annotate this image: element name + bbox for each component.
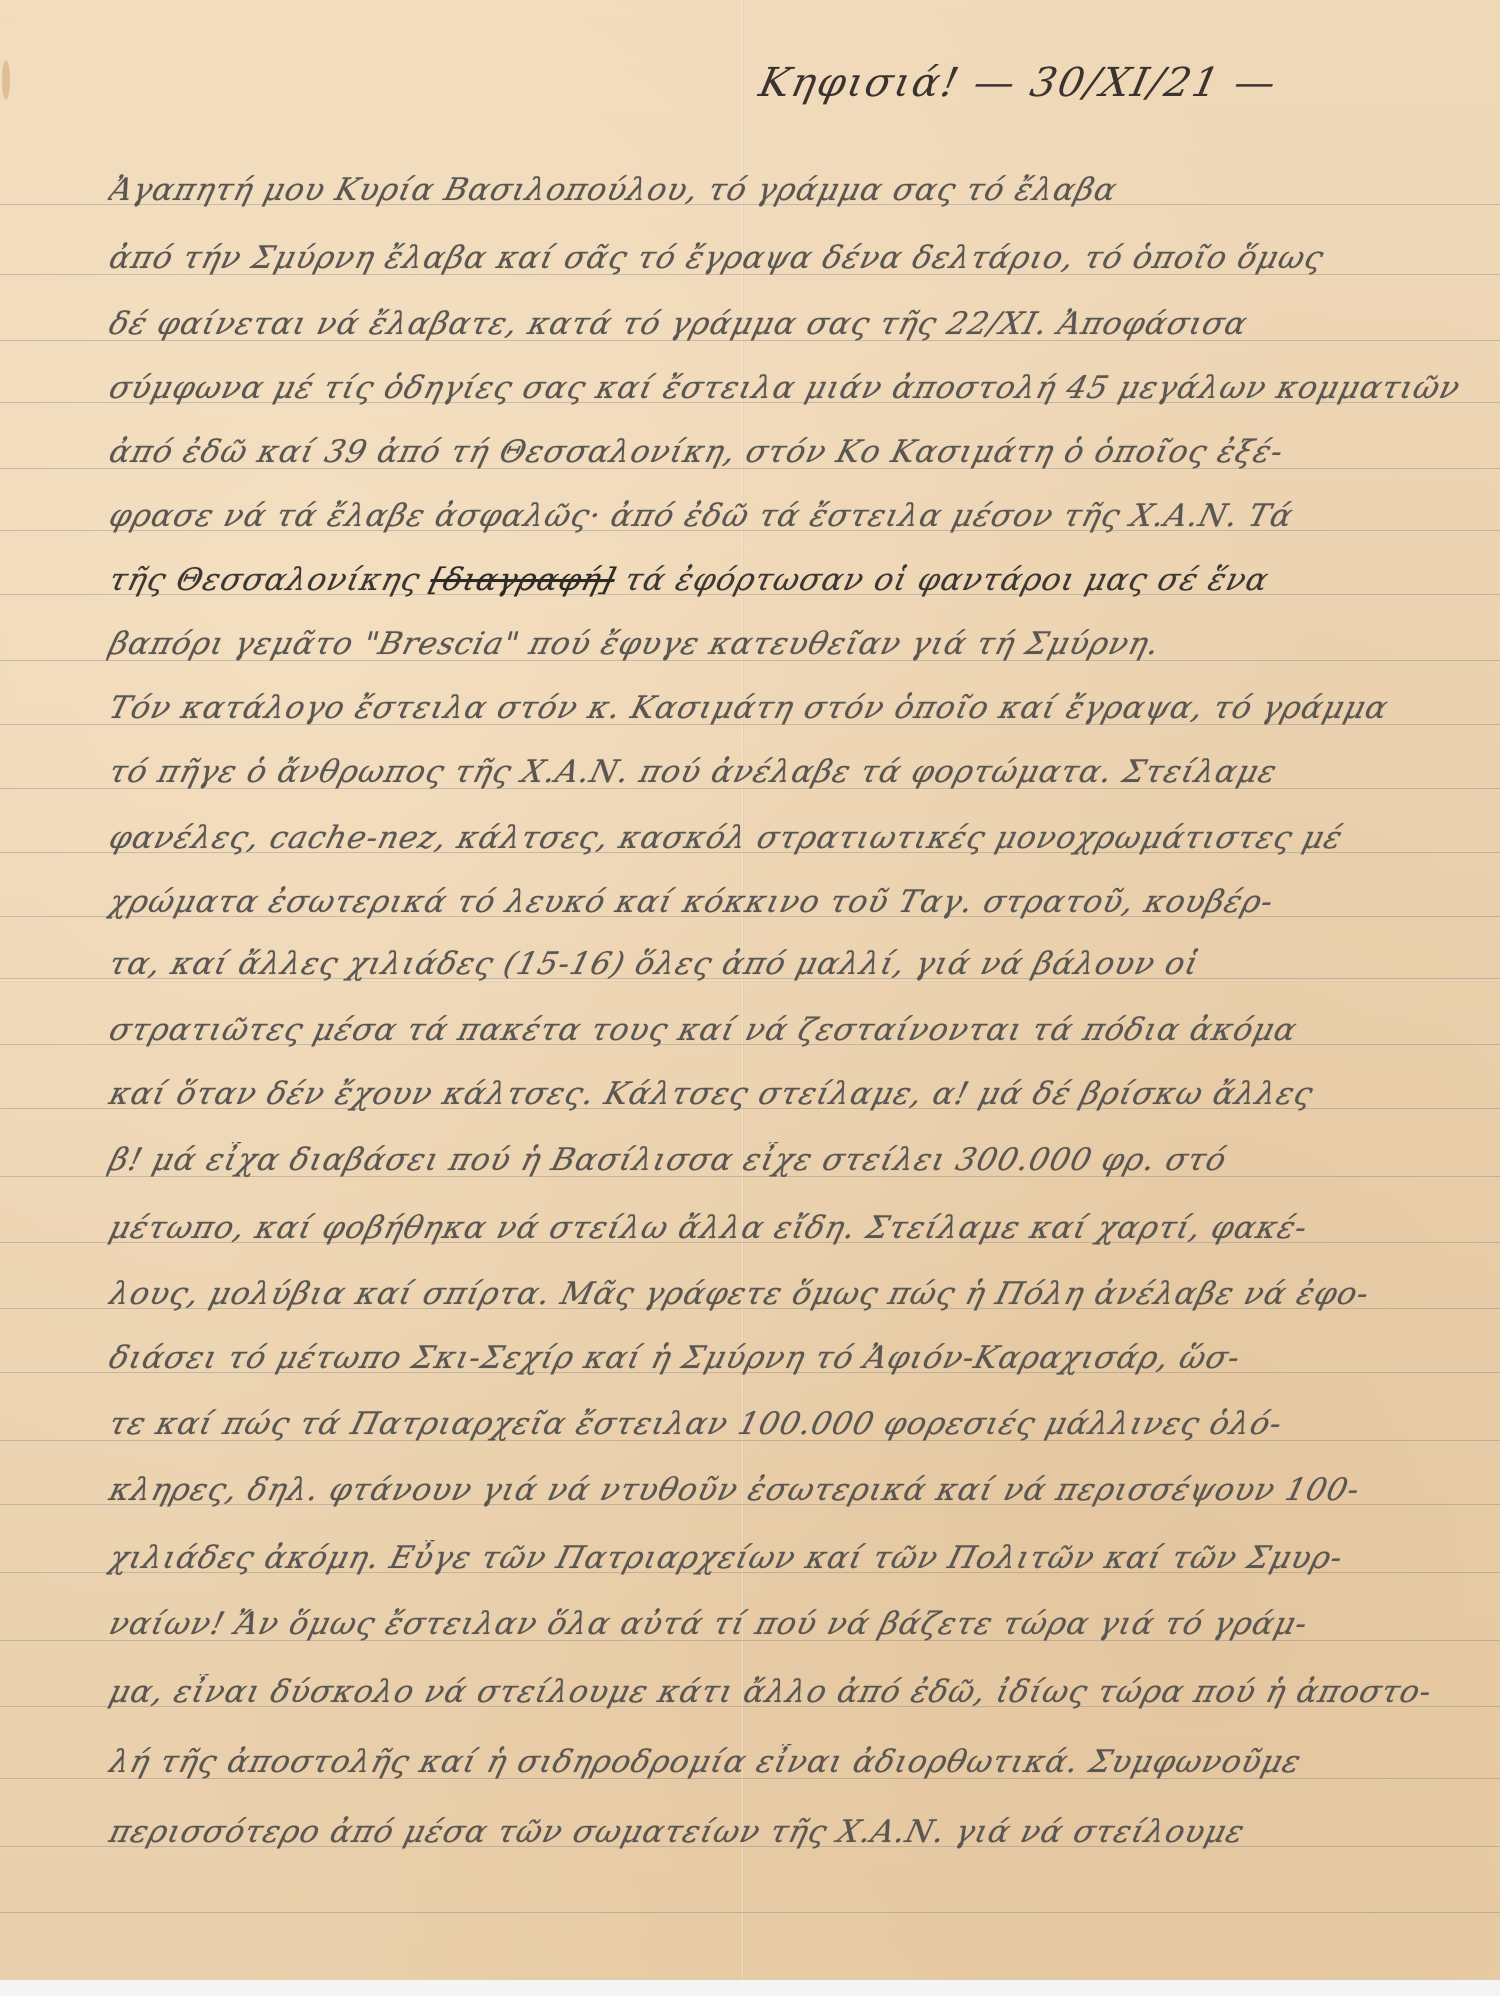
letter-line: χρώματα ἐσωτερικά τό λευκό καί κόκκινο τ… (106, 884, 1475, 920)
letter-line: τα, καί ἄλλες χιλιάδες (15-16) ὅλες ἀπό … (106, 946, 1475, 982)
ruled-line (0, 1912, 1500, 1913)
letter-line: καί ὅταν δέν ἔχουν κάλτσες. Κάλτσες στεί… (106, 1076, 1475, 1112)
letter-line: βαπόρι γεμᾶτο "Brescia" πού ἔφυγε κατευθ… (106, 626, 1475, 662)
letter-line: φανέλες, cache-nez, κάλτσες, κασκόλ στρα… (106, 820, 1475, 856)
letter-line: χιλιάδες ἀκόμη. Εὖγε τῶν Πατριαρχείων κα… (106, 1540, 1475, 1576)
letter-line: σύμφωνα μέ τίς ὁδηγίες σας καί ἔστειλα μ… (106, 370, 1475, 406)
letter-line: Ἀγαπητή μου Κυρία Βασιλοπούλου, τό γράμμ… (106, 172, 1475, 208)
letter-line: ἀπό τήν Σμύρνη ἔλαβα καί σᾶς τό ἔγραψα δ… (106, 240, 1475, 276)
letter-line: τε καί πώς τά Πατριαρχεῖα ἔστειλαν 100.0… (106, 1406, 1475, 1442)
paper-stain (2, 60, 10, 100)
letter-line: ναίων! Ἄν ὅμως ἔστειλαν ὅλα αὐτά τί πού … (106, 1606, 1475, 1642)
letter-line: στρατιῶτες μέσα τά πακέτα τους καί νά ζε… (106, 1012, 1475, 1048)
letter-line: ἀπό ἐδῶ καί 39 ἀπό τή Θεσσαλονίκη, στόν … (106, 434, 1475, 470)
letter-line: φρασε νά τά ἔλαβε ἀσφαλῶς· ἀπό ἐδῶ τά ἔσ… (106, 498, 1475, 534)
scan-bottom-edge (0, 1980, 1500, 1996)
letter-line: Τόν κατάλογο ἔστειλα στόν κ. Κασιμάτη στ… (106, 690, 1475, 726)
letter-line: κληρες, δηλ. φτάνουν γιά νά ντυθοῦν ἐσωτ… (106, 1472, 1475, 1508)
letter-line: δέ φαίνεται νά ἔλαβατε, κατά τό γράμμα σ… (106, 306, 1475, 342)
struck-word: [διαγραφή] (426, 562, 619, 598)
letter-line: περισσότερο ἀπό μέσα τῶν σωματείων τῆς Χ… (106, 1814, 1475, 1850)
letter-place-date: Κηφισιά! — 30/XI/21 — (755, 60, 1282, 106)
letter-line-with-strikethrough: τῆς Θεσσαλονίκης [διαγραφή] τά ἐφόρτωσαν… (106, 562, 1475, 598)
letter-line: μέτωπο, καί φοβήθηκα νά στείλω ἄλλα εἴδη… (106, 1210, 1475, 1246)
letter-line: διάσει τό μέτωπο Σκι-Σεχίρ καί ἡ Σμύρνη … (106, 1340, 1475, 1376)
letter-page: Κηφισιά! — 30/XI/21 — Ἀγαπητή μου Κυρία … (0, 0, 1500, 1980)
letter-line: τό πῆγε ὁ ἄνθρωπος τῆς Χ.Α.Ν. πού ἀνέλαβ… (106, 754, 1475, 790)
letter-line: β! μά εἶχα διαβάσει πού ἡ Βασίλισσα εἶχε… (106, 1142, 1475, 1178)
letter-line: λους, μολύβια καί σπίρτα. Μᾶς γράφετε ὅμ… (106, 1276, 1475, 1312)
letter-line: λή τῆς ἀποστολῆς καί ἡ σιδηροδρομία εἶνα… (106, 1744, 1475, 1780)
letter-line: μα, εἶναι δύσκολο νά στείλουμε κάτι ἄλλο… (106, 1674, 1475, 1710)
